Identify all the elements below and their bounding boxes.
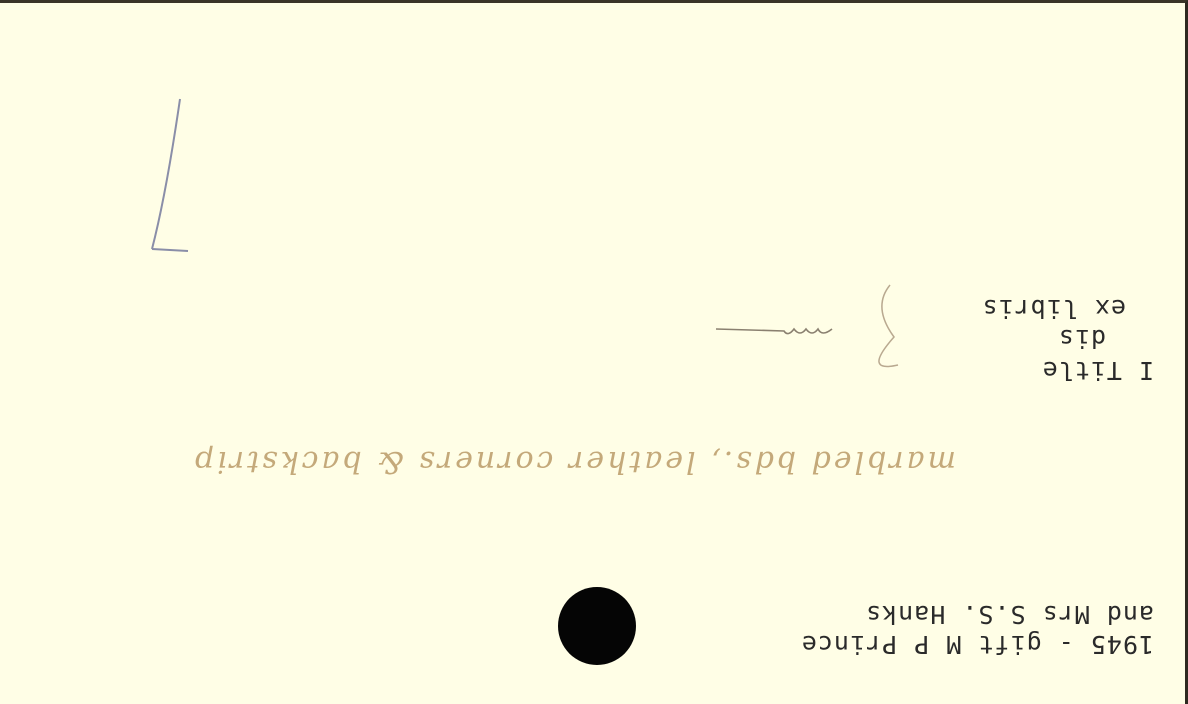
- tracing-ex-libris: ex libris: [982, 293, 1126, 323]
- handwritten-binding-note: marbled bds., leather corners & backstri…: [192, 444, 956, 479]
- punch-hole: [558, 587, 636, 665]
- provenance-line-1: 1945 - gift M P Prince: [801, 629, 1154, 659]
- bracket-mark: [582, 267, 902, 377]
- tracing-dis: dis: [1058, 323, 1106, 353]
- catalog-card: 1945 - gift M P Prince and Mrs S.S. Hank…: [0, 0, 1188, 704]
- pencil-check-icon: [142, 85, 202, 255]
- card-content-rotated: 1945 - gift M P Prince and Mrs S.S. Hank…: [0, 3, 1188, 704]
- tracing-title: I Title: [1042, 355, 1154, 385]
- provenance-line-2: and Mrs S.S. Hanks: [865, 599, 1154, 629]
